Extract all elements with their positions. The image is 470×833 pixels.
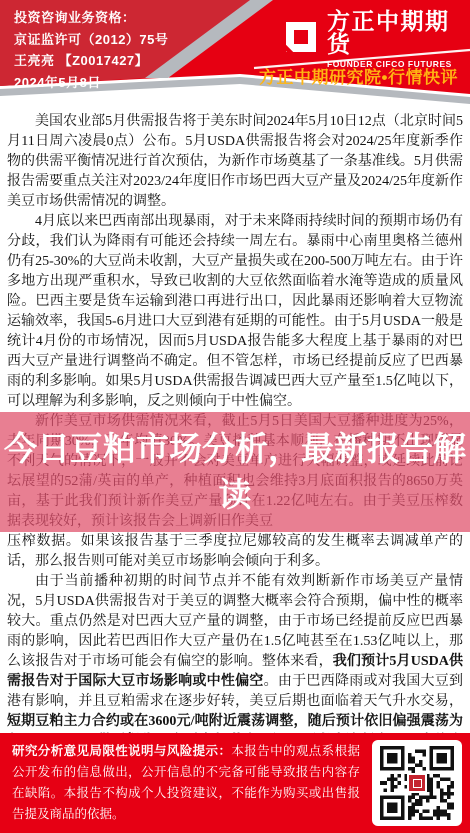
disclaimer-text: 研究分析意见局限性说明与风险提示：本报告中的观点系根据公开发布的信息做出，公开信… <box>12 741 360 825</box>
paragraph-brazil-rain: 4月底以来巴西南部出现暴雨，对于未来降雨持续时间的预期市场仍有分歧，我们认为降雨… <box>7 212 463 412</box>
highlight-section: 新作美豆市场供需情况来看，截止5月5日美国大豆播种进度为25%，去年同期30%，… <box>0 412 470 532</box>
paragraph-usda-intro: 美国农业部5月供需报告将于美东时间2024年5月10日12点（北京时间5月11日… <box>7 112 463 212</box>
disclaimer-footer: 研究分析意见局限性说明与风险提示：本报告中的观点系根据公开发布的信息做出，公开信… <box>0 733 470 833</box>
brand-block: 方正中期期货 FOUNDER CIFCO FUTURES <box>282 10 470 69</box>
watermark-title: 今日豆粕市场分析，最新报告解读 <box>0 412 470 532</box>
qr-code <box>372 740 462 826</box>
qualification-line: 投资咨询业务资格： <box>14 7 168 29</box>
brand-name: 方正中期期货 <box>327 10 470 56</box>
report-header: 投资咨询业务资格： 京证监许可（2012）75号 王亮亮 【Z0017427】 … <box>0 0 470 106</box>
disclaimer-label: 研究分析意见局限性说明与风险提示： <box>12 744 231 758</box>
report-body: 美国农业部5月供需报告将于美东时间2024年5月10日12点（北京时间5月11日… <box>0 106 470 772</box>
founder-logo-icon <box>282 20 320 58</box>
report-date: 2024年5月8日 <box>14 72 168 94</box>
qualification-line: 京证监许可（2012）75号 <box>14 29 168 51</box>
paragraph-new-crop-continued: 压榨数据。如果该报告基于三季度拉尼娜较高的发生概率去调减单产的话，那么报告则可能… <box>7 532 463 572</box>
brand-names: 方正中期期货 FOUNDER CIFCO FUTURES <box>327 10 470 69</box>
qr-center-logo <box>407 773 427 793</box>
report-page: 投资咨询业务资格： 京证监许可（2012）75号 王亮亮 【Z0017427】 … <box>0 0 470 833</box>
qualification-block: 投资咨询业务资格： 京证监许可（2012）75号 王亮亮 【Z0017427】 … <box>14 7 168 93</box>
header-tagline: 方正中期研究院•行情快评 <box>259 63 458 88</box>
analyst-line: 王亮亮 【Z0017427】 <box>14 50 168 72</box>
